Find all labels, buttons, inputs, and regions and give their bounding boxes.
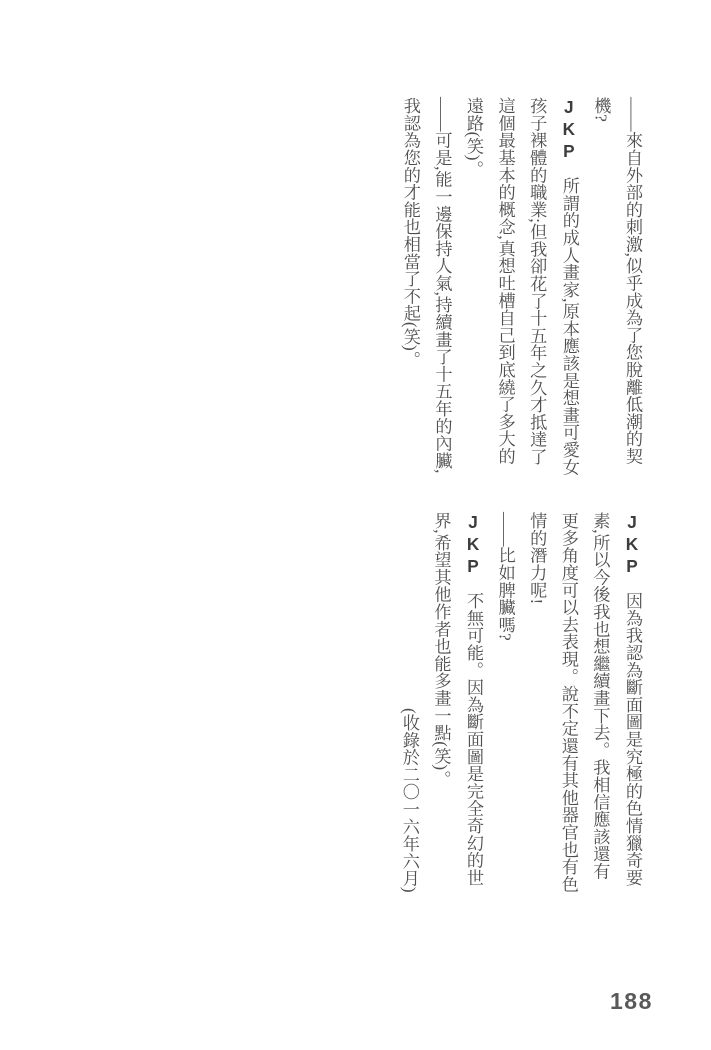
page-number: 188 (610, 988, 653, 1015)
interview-question: ——來自外部的刺激,似乎成為了您脫離低潮的契機? (585, 97, 648, 478)
attribution-note: (收錄於二〇一六年六月) (393, 512, 425, 893)
speaker-label: JKP (622, 512, 642, 578)
question-text: ——比如脾臟嗎? (496, 512, 515, 641)
question-text: ——來自外部的刺激,似乎成為了您脫離低潮的契機? (591, 97, 642, 465)
interview-answer: JKP不無可能。因為斷面圖是完全奇幻的世界,希望其他作者也能多畫一點(笑)。 (425, 512, 489, 893)
interview-section-bottom: JKP因為我認為斷面圖是究極的色情獵奇要素,所以今後我也想繼續畫下去。我相信應該… (393, 512, 648, 893)
speaker-label: JKP (463, 512, 483, 578)
interview-question: ——可是,能一邊保持人氣,持續畫了十五年的內臟,我認為您的才能也相當了不起(笑)… (394, 97, 457, 478)
interview-section-top: ——來自外部的刺激,似乎成為了您脫離低潮的契機? JKP所謂的成人畫家,原本應該… (394, 97, 648, 478)
attribution-text: (收錄於二〇一六年六月) (400, 708, 419, 893)
interview-answer: JKP因為我認為斷面圖是究極的色情獵奇要素,所以今後我也想繼續畫下去。我相信應該… (521, 512, 648, 893)
speaker-label: JKP (559, 97, 579, 163)
interview-question: ——比如脾臟嗎? (489, 512, 521, 893)
interview-answer: JKP所謂的成人畫家,原本應該是想畫可愛女孩子裸體的職業;但我卻花了十五年之久才… (457, 97, 584, 478)
question-text: ——可是,能一邊保持人氣,持續畫了十五年的內臟,我認為您的才能也相當了不起(笑)… (401, 97, 452, 473)
book-page: ——來自外部的刺激,似乎成為了您脫離低潮的契機? JKP所謂的成人畫家,原本應該… (0, 0, 711, 1050)
